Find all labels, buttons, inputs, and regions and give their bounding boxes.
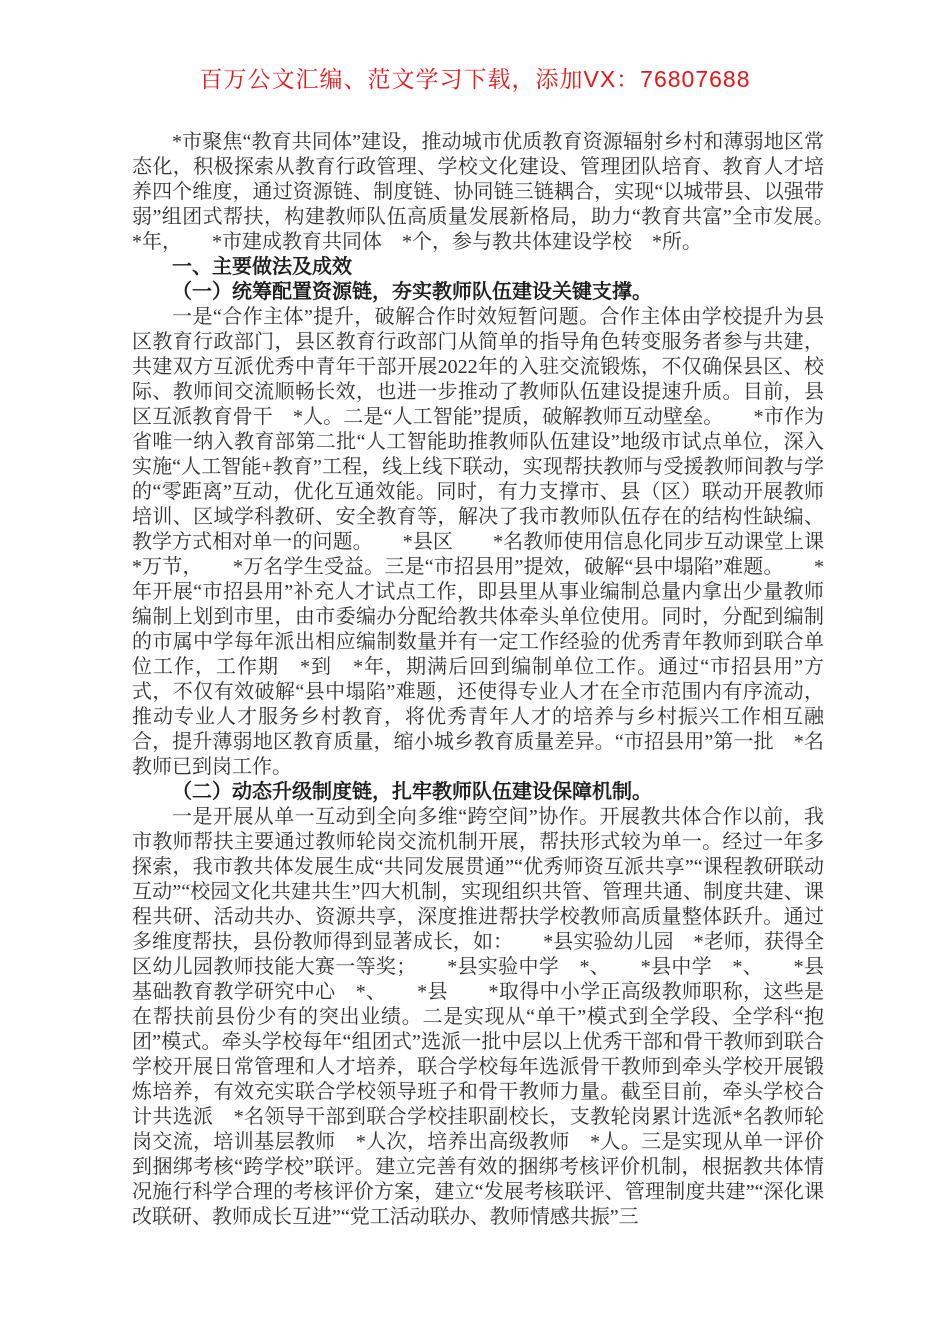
subsection-heading-system-chain: （二）动态升级制度链，扎牢教师队伍建设保障机制。 (132, 780, 824, 805)
paragraph-system-chain: 一是开展从单一互动到全向多维“跨空间”协作。开展教共体合作以前，我市教师帮扶主要… (132, 805, 824, 1230)
subsection-heading-resource-chain: （一）统筹配置资源链，夯实教师队伍建设关键支撑。 (132, 280, 824, 305)
paragraph-intro: *市聚焦“教育共同体”建设，推动城市优质教育资源辐射乡村和薄弱地区常态化，积极探… (132, 130, 824, 255)
document-page: 百万公文汇编、范文学习下载，添加VX：76807688 *市聚焦“教育共同体”建… (0, 0, 950, 1344)
section-heading-main-practices: 一、主要做法及成效 (132, 255, 824, 280)
document-body: *市聚焦“教育共同体”建设，推动城市优质教育资源辐射乡村和薄弱地区常态化，积极探… (132, 130, 824, 1230)
paragraph-resource-chain: 一是“合作主体”提升，破解合作时效短暂问题。合作主体由学校提升为县区教育行政部门… (132, 305, 824, 780)
promo-notice-text: 百万公文汇编、范文学习下载，添加VX：76807688 (0, 0, 950, 94)
